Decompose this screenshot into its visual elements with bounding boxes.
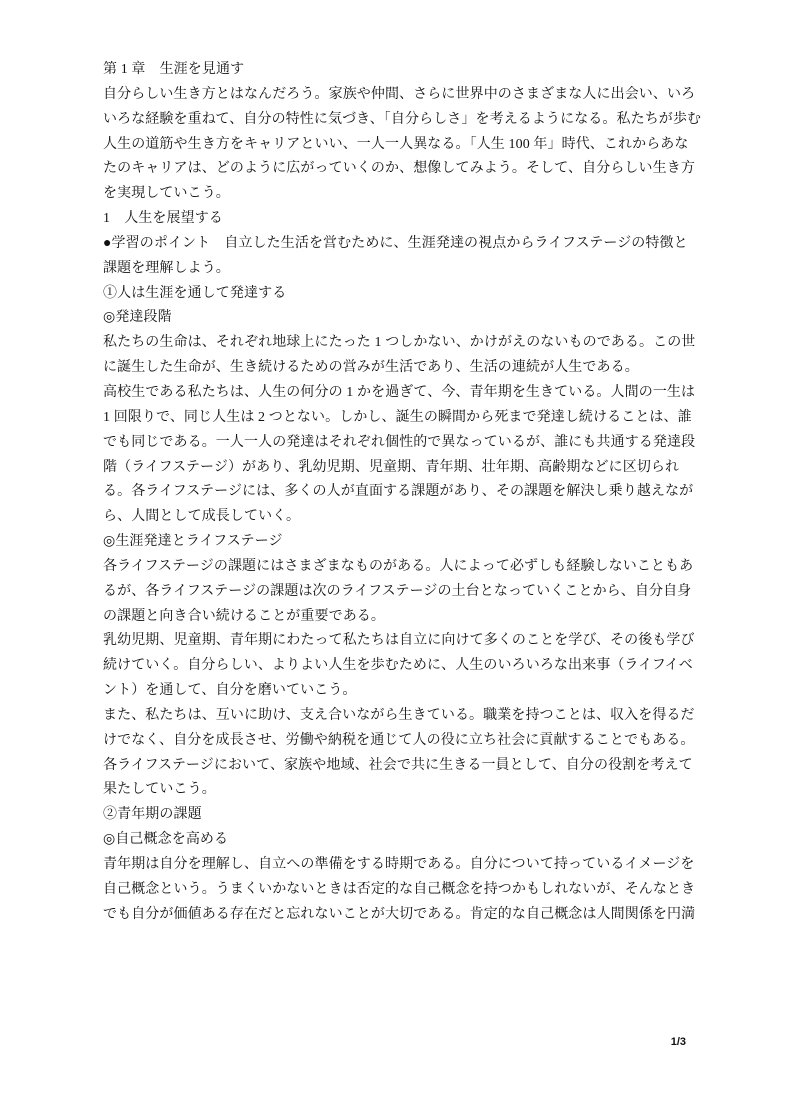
body-line: 果たしていこう。 xyxy=(103,778,689,803)
body-line: でも自分が価値ある存在だと忘れないことが大切である。肯定的な自己概念は人間関係を… xyxy=(103,903,689,928)
body-line: いろな経験を重ねて、自分の特性に気づき、「自分らしさ」を考えるようになる。私たち… xyxy=(103,108,689,133)
subheading: ◎生涯発達とライフステージ xyxy=(103,530,689,555)
numbered-heading: ①人は生涯を通して発達する xyxy=(103,282,689,307)
page-number: 1/3 xyxy=(671,1036,686,1048)
body-line: また、私たちは、互いに助け、支え合いながら生きている。職業を持つことは、収入を得… xyxy=(103,704,689,729)
body-line: 乳幼児期、児童期、青年期にわたって私たちは自立に向けて多くのことを学び、その後も… xyxy=(103,629,689,654)
body-line: 各ライフステージの課題にはさまざまなものがある。人によって必ずしも経験しないこと… xyxy=(103,555,689,580)
body-line: ら、人間として成長していく。 xyxy=(103,505,689,530)
body-line: けでなく、自分を成長させ、労働や納税を通じて人の役に立ち社会に貢献することでもあ… xyxy=(103,729,689,754)
learning-point-line: ●学習のポイント 自立した生活を営むために、生涯発達の視点からライフステージの特… xyxy=(103,232,689,257)
body-line: 私たちの生命は、それぞれ地球上にたった 1 つしかない、かけがえのないものである… xyxy=(103,331,689,356)
body-line: 自己概念という。うまくいかないときは否定的な自己概念を持つかもしれないが、そんな… xyxy=(103,878,689,903)
body-line: でも同じである。一人一人の発達はそれぞれ個性的で異なっているが、誰にも共通する発… xyxy=(103,431,689,456)
body-line: たのキャリアは、どのように広がっていくのか、想像してみよう。そして、自分らしい生… xyxy=(103,157,689,182)
body-line: 1 回限りで、同じ人生は 2 つとない。しかし、誕生の瞬間から死まで発達し続ける… xyxy=(103,406,689,431)
body-line: 高校生である私たちは、人生の何分の 1 かを過ぎて、今、青年期を生きている。人間… xyxy=(103,381,689,406)
body-line: に誕生した生命が、生き続けるための営みが生活であり、生活の連続が人生である。 xyxy=(103,356,689,381)
body-line: 人生の道筋や生き方をキャリアといい、一人一人異なる。「人生 100 年」時代、こ… xyxy=(103,133,689,158)
chapter-heading: 第 1 章 生涯を見通す xyxy=(103,58,689,83)
body-line: 階（ライフステージ）があり、乳幼児期、児童期、青年期、壮年期、高齢期などに区切ら… xyxy=(103,456,689,481)
body-line: るが、各ライフステージの課題は次のライフステージの土台となっていくことから、自分… xyxy=(103,580,689,605)
numbered-heading: ②青年期の課題 xyxy=(103,803,689,828)
body-line: を実現していこう。 xyxy=(103,182,689,207)
body-line: 続けていく。自分らしい、よりよい人生を歩むために、人生のいろいろな出来事（ライフ… xyxy=(103,654,689,679)
body-line: ント）を通して、自分を磨いていこう。 xyxy=(103,679,689,704)
document-body: 第 1 章 生涯を見通す自分らしい生き方とはなんだろう。家族や仲間、さらに世界中… xyxy=(103,58,689,928)
subheading: ◎自己概念を高める xyxy=(103,828,689,853)
body-line: 自分らしい生き方とはなんだろう。家族や仲間、さらに世界中のさまざまな人に出会い、… xyxy=(103,83,689,108)
subheading: ◎発達段階 xyxy=(103,306,689,331)
section-heading: 1 人生を展望する xyxy=(103,207,689,232)
body-line: 青年期は自分を理解し、自立への準備をする時期である。自分について持っているイメー… xyxy=(103,853,689,878)
body-line: の課題と向き合い続けることが重要である。 xyxy=(103,605,689,630)
body-line: 各ライフステージにおいて、家族や地域、社会で共に生きる一員として、自分の役割を考… xyxy=(103,754,689,779)
body-line: る。各ライフステージには、多くの人が直面する課題があり、その課題を解決し乗り越え… xyxy=(103,480,689,505)
document-page: 第 1 章 生涯を見通す自分らしい生き方とはなんだろう。家族や仲間、さらに世界中… xyxy=(0,0,790,1117)
learning-point-line: 課題を理解しよう。 xyxy=(103,257,689,282)
